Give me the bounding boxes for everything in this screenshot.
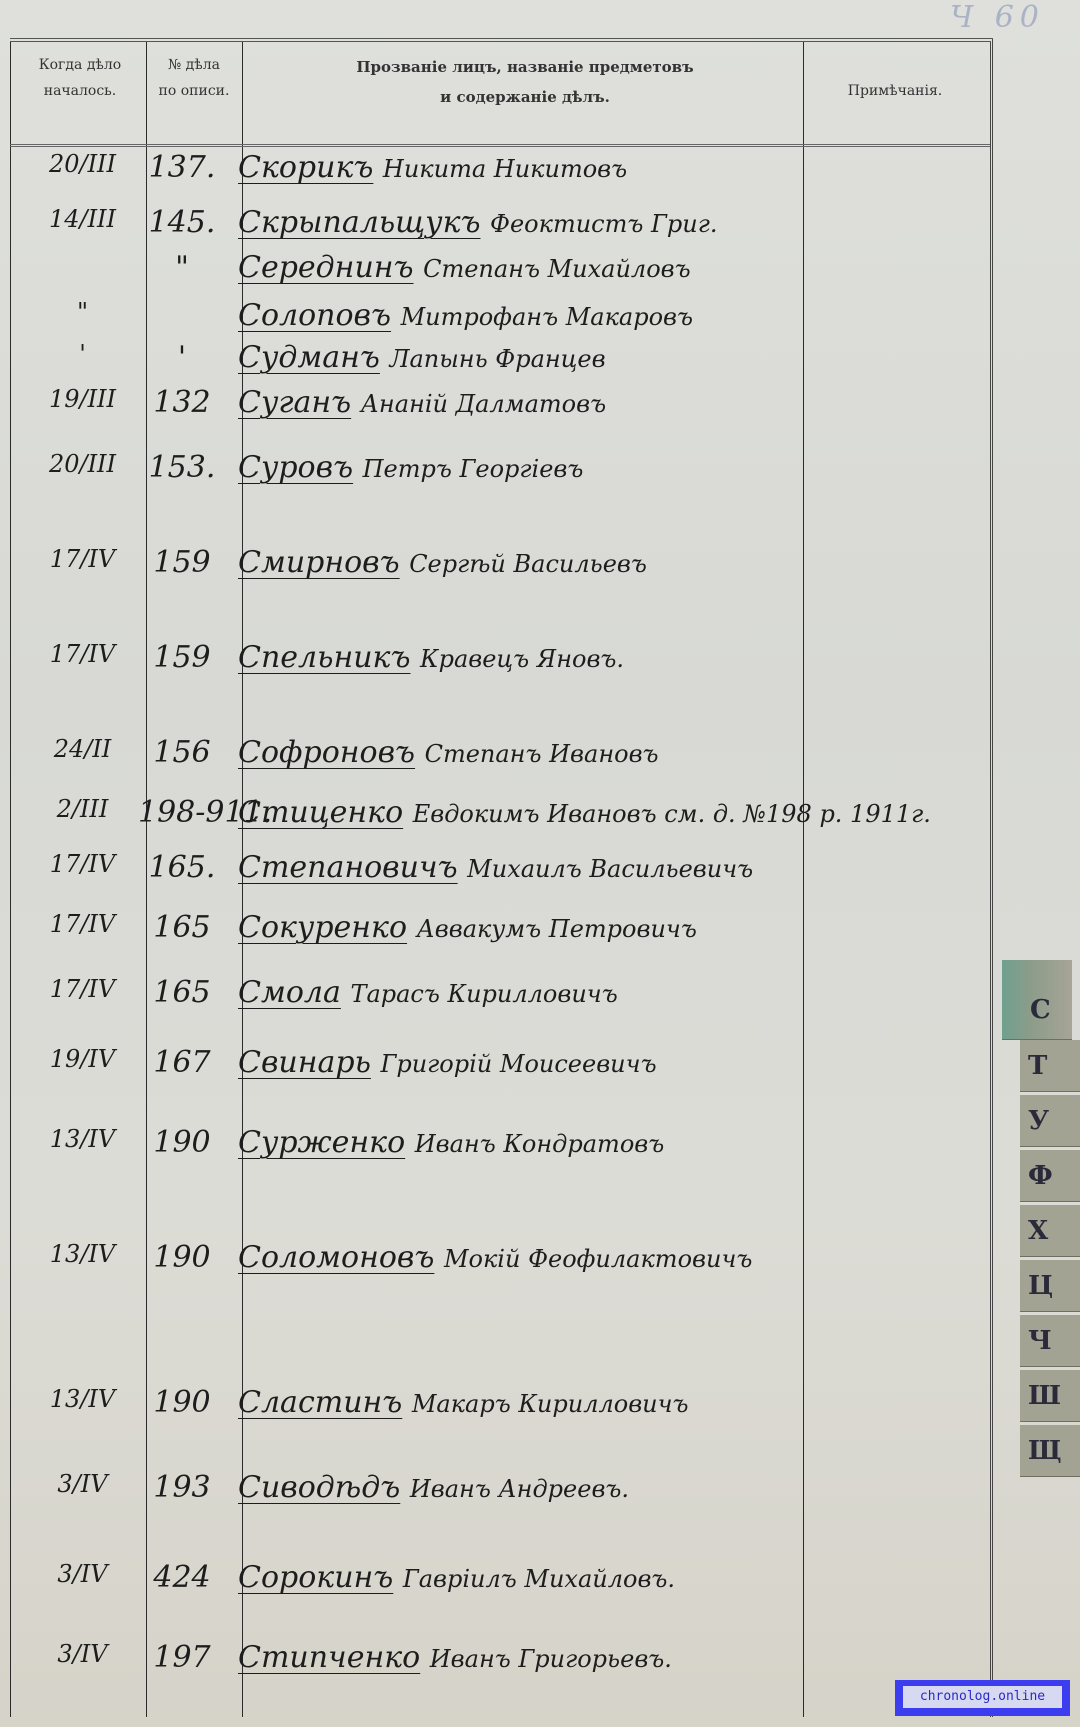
- row-person-name: Смирновъ Сергѣй Васильевъ: [238, 545, 647, 580]
- row-date: 17/IV: [30, 545, 135, 573]
- header-number: № дѣла по описи.: [148, 52, 240, 104]
- row-surname: Стипченко: [238, 1640, 420, 1675]
- row-given-names: Михаилъ Васильевичъ: [467, 855, 753, 883]
- row-case-number: 159: [138, 545, 226, 580]
- index-tab[interactable]: Щ: [1020, 1425, 1080, 1477]
- row-case-number: 167: [138, 1045, 226, 1080]
- row-date: 13/IV: [30, 1125, 135, 1153]
- column-divider: [803, 42, 804, 1717]
- header-date-line1: Когда дѣло: [16, 52, 144, 78]
- row-date: 14/III: [30, 205, 135, 233]
- row-surname: Стиценко: [238, 795, 403, 830]
- index-tab[interactable]: У: [1020, 1095, 1080, 1147]
- ledger-page: Ч 60 Когда дѣло началось. № дѣла по опис…: [0, 0, 1080, 1727]
- alphabet-index-tabs: С Т У Ф Х Ц Ч Ш Щ: [1000, 960, 1080, 1580]
- row-date: 13/IV: [30, 1385, 135, 1413]
- row-date: 19/IV: [30, 1045, 135, 1073]
- row-date: ": [30, 298, 135, 326]
- row-person-name: Сиводѣдъ Иванъ Андреевъ.: [238, 1470, 629, 1505]
- row-surname: Солоповъ: [238, 298, 391, 333]
- row-given-names: Ананій Далматовъ: [361, 390, 606, 418]
- row-given-names: Григорій Моисеевичъ: [380, 1050, 656, 1078]
- row-given-names: Евдокимъ Ивановъ см. д. №198 р. 1911г.: [413, 800, 931, 828]
- index-tab[interactable]: Ш: [1020, 1370, 1080, 1422]
- row-given-names: Аввакумъ Петровичъ: [417, 915, 697, 943]
- header-notes-line1: Примѣчанія.: [805, 78, 985, 104]
- header-content-line2: и содержаніе дѣлъ.: [250, 82, 800, 112]
- row-surname: Соломоновъ: [238, 1240, 434, 1275]
- row-case-number: 156: [138, 735, 226, 770]
- row-given-names: Гавріилъ Михайловъ.: [403, 1565, 675, 1593]
- row-case-number: ': [138, 340, 226, 375]
- row-given-names: Феоктистъ Григ.: [490, 210, 717, 238]
- row-person-name: Смола Тарасъ Кирилловичъ: [238, 975, 618, 1010]
- row-given-names: Иванъ Григорьевъ.: [430, 1645, 672, 1673]
- row-case-number: 165: [138, 910, 226, 945]
- row-person-name: Суганъ Ананій Далматовъ: [238, 385, 606, 420]
- row-person-name: Сокуренко Аввакумъ Петровичъ: [238, 910, 697, 945]
- row-surname: Судманъ: [238, 340, 380, 375]
- row-person-name: Судманъ Лапынь Францев: [238, 340, 606, 375]
- row-date: 20/III: [30, 150, 135, 178]
- row-case-number: 153.: [138, 450, 226, 485]
- row-given-names: Степанъ Ивановъ: [425, 740, 659, 768]
- row-surname: Спельникъ: [238, 640, 410, 675]
- row-date: 3/IV: [30, 1470, 135, 1498]
- row-surname: Скорикъ: [238, 150, 373, 185]
- row-case-number: 197: [138, 1640, 226, 1675]
- row-person-name: Середнинъ Степанъ Михайловъ: [238, 250, 691, 285]
- row-given-names: Тарасъ Кирилловичъ: [350, 980, 617, 1008]
- row-given-names: Лапынь Францев: [389, 345, 605, 373]
- row-date: 13/IV: [30, 1240, 135, 1268]
- row-case-number: 137.: [138, 150, 226, 185]
- row-person-name: Стипченко Иванъ Григорьевъ.: [238, 1640, 672, 1675]
- row-surname: Середнинъ: [238, 250, 414, 285]
- row-case-number: ": [138, 250, 226, 285]
- watermark-text: chronolog.online: [903, 1686, 1062, 1708]
- row-surname: Скрыпальщукъ: [238, 205, 481, 240]
- row-given-names: Макаръ Кирилловичъ: [412, 1390, 689, 1418]
- header-content-line1: Прозваніе лицъ, названіе предметовъ: [250, 52, 800, 82]
- row-surname: Сурженко: [238, 1125, 405, 1160]
- row-case-number: 145.: [138, 205, 226, 240]
- row-date: 3/IV: [30, 1560, 135, 1588]
- row-given-names: Мокій Феофилактовичъ: [444, 1245, 752, 1273]
- row-surname: Смирновъ: [238, 545, 400, 580]
- index-tab[interactable]: Ф: [1020, 1150, 1080, 1202]
- row-given-names: Сергѣй Васильевъ: [409, 550, 647, 578]
- page-number-mark: Ч 60: [950, 0, 1045, 35]
- watermark-badge[interactable]: chronolog.online: [895, 1680, 1070, 1716]
- row-given-names: Митрофанъ Макаровъ: [401, 303, 693, 331]
- index-tab[interactable]: Ч: [1020, 1315, 1080, 1367]
- row-surname: Сластинъ: [238, 1385, 402, 1420]
- row-date: 20/III: [30, 450, 135, 478]
- row-date: 17/IV: [30, 850, 135, 878]
- header-notes: Примѣчанія.: [805, 78, 985, 104]
- row-person-name: Софроновъ Степанъ Ивановъ: [238, 735, 659, 770]
- row-case-number: 190: [138, 1125, 226, 1160]
- index-tab[interactable]: Х: [1020, 1205, 1080, 1257]
- row-given-names: Никита Никитовъ: [383, 155, 627, 183]
- row-person-name: Скрыпальщукъ Феоктистъ Григ.: [238, 205, 717, 240]
- header-number-line1: № дѣла: [148, 52, 240, 78]
- row-person-name: Степановичъ Михаилъ Васильевичъ: [238, 850, 753, 885]
- row-given-names: Степанъ Михайловъ: [423, 255, 691, 283]
- row-date: 17/IV: [30, 975, 135, 1003]
- row-date: 3/IV: [30, 1640, 135, 1668]
- row-person-name: Солоповъ Митрофанъ Макаровъ: [238, 298, 693, 333]
- row-person-name: Стиценко Евдокимъ Ивановъ см. д. №198 р.…: [238, 795, 931, 830]
- row-date: 2/III: [30, 795, 135, 823]
- header-number-line2: по описи.: [148, 78, 240, 104]
- row-person-name: Сорокинъ Гавріилъ Михайловъ.: [238, 1560, 675, 1595]
- row-date: 17/IV: [30, 640, 135, 668]
- row-person-name: Суровъ Петръ Георгіевъ: [238, 450, 583, 485]
- row-person-name: Скорикъ Никита Никитовъ: [238, 150, 627, 185]
- index-tab[interactable]: Т: [1020, 1040, 1080, 1092]
- row-surname: Сокуренко: [238, 910, 407, 945]
- row-given-names: Иванъ Кондратовъ: [415, 1130, 665, 1158]
- header-content: Прозваніе лицъ, названіе предметовъ и со…: [250, 52, 800, 112]
- row-person-name: Свинарь Григорій Моисеевичъ: [238, 1045, 657, 1080]
- row-given-names: Петръ Георгіевъ: [363, 455, 584, 483]
- row-given-names: Кравецъ Яновъ.: [420, 645, 624, 673]
- row-date: 19/III: [30, 385, 135, 413]
- row-date: ': [30, 340, 135, 368]
- row-surname: Суровъ: [238, 450, 353, 485]
- row-case-number: 424: [138, 1560, 226, 1595]
- index-tab[interactable]: Ц: [1020, 1260, 1080, 1312]
- index-tab[interactable]: С: [1002, 960, 1072, 1040]
- column-divider: [10, 42, 11, 1717]
- row-case-number: 193: [138, 1470, 226, 1505]
- row-case-number: 190: [138, 1240, 226, 1275]
- row-date: 24/II: [30, 735, 135, 763]
- row-case-number: 159: [138, 640, 226, 675]
- row-case-number: 165.: [138, 850, 226, 885]
- header-date: Когда дѣло началось.: [16, 52, 144, 104]
- header-date-line2: началось.: [16, 78, 144, 104]
- row-case-number: 198-911.: [138, 795, 226, 830]
- row-surname: Свинарь: [238, 1045, 371, 1080]
- row-given-names: Иванъ Андреевъ.: [410, 1475, 629, 1503]
- row-surname: Суганъ: [238, 385, 351, 420]
- row-date: 17/IV: [30, 910, 135, 938]
- row-person-name: Сластинъ Макаръ Кирилловичъ: [238, 1385, 689, 1420]
- row-surname: Степановичъ: [238, 850, 458, 885]
- row-surname: Смола: [238, 975, 341, 1010]
- row-person-name: Сурженко Иванъ Кондратовъ: [238, 1125, 664, 1160]
- row-case-number: 132: [138, 385, 226, 420]
- row-person-name: Спельникъ Кравецъ Яновъ.: [238, 640, 624, 675]
- row-case-number: 165: [138, 975, 226, 1010]
- row-surname: Сиводѣдъ: [238, 1470, 400, 1505]
- row-surname: Софроновъ: [238, 735, 415, 770]
- row-person-name: Соломоновъ Мокій Феофилактовичъ: [238, 1240, 752, 1275]
- row-case-number: 190: [138, 1385, 226, 1420]
- row-surname: Сорокинъ: [238, 1560, 393, 1595]
